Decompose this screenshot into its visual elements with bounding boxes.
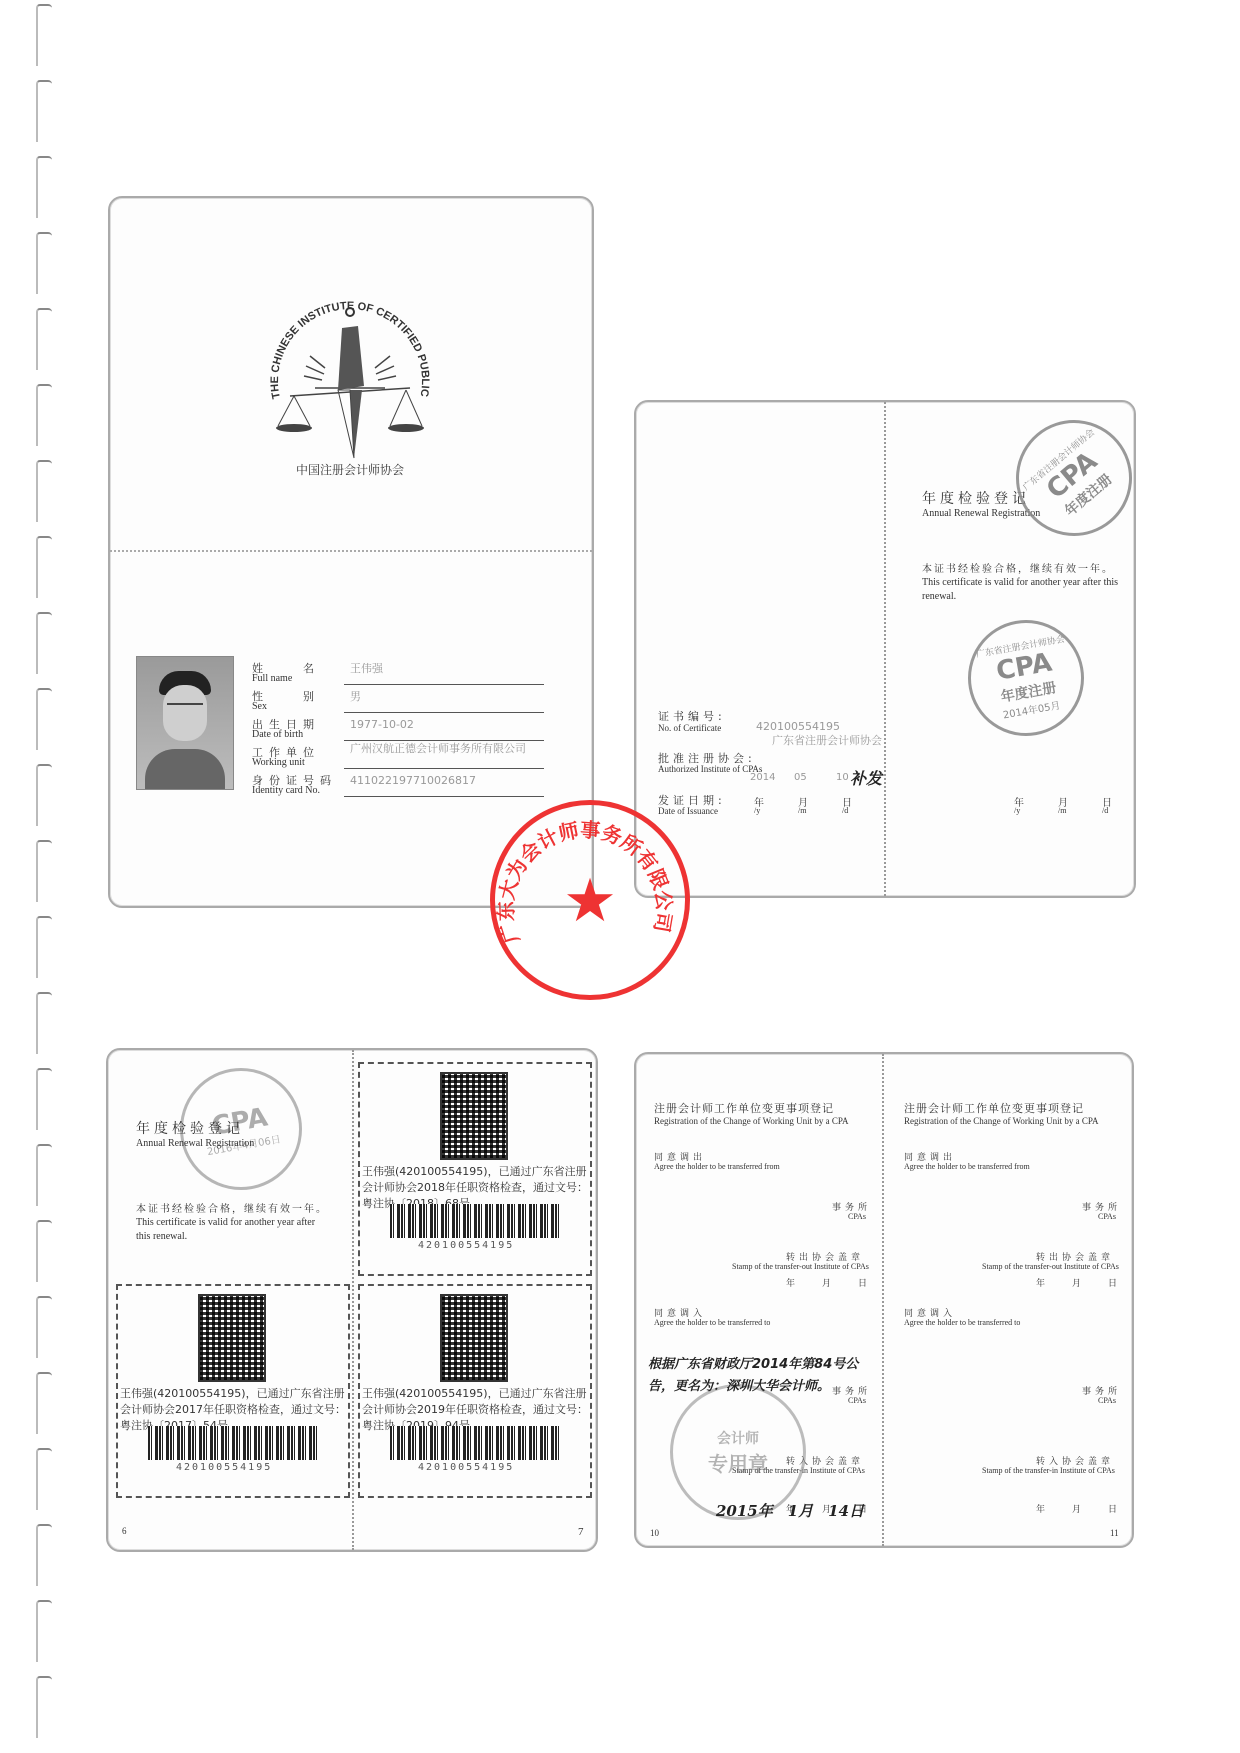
cpas-label-en: CPAs	[1098, 1212, 1116, 1221]
ymd-label-en: /y	[1014, 806, 1020, 815]
field-label-en: Date of birth	[252, 729, 303, 740]
to-label-en: Agree the holder to be transferred to	[904, 1318, 1020, 1327]
reissue-note: 补发	[850, 766, 882, 789]
institute-value: 广东省注册会计师协会	[772, 732, 882, 748]
ymd-label: 年	[786, 1276, 799, 1289]
field-value: 广州汉航正德会计师事务所有限公司	[350, 742, 546, 755]
star-icon: ★	[495, 871, 685, 931]
page-number-right: 7	[578, 1526, 584, 1538]
cert-no-label: 证书编号:	[658, 708, 726, 724]
out-stamp-label-en: Stamp of the transfer-out Institute of C…	[732, 1262, 869, 1271]
renewal-sticker-panel: CPA 2016年4月06日 年度检验登记 Annual Renewal Reg…	[106, 1048, 598, 1552]
handwritten-note: 根据广东省财政厅2014年第84号公告，更名为：深圳大华会计师。	[648, 1354, 872, 1398]
barcode	[390, 1204, 560, 1238]
ymd-label: 年	[1036, 1502, 1049, 1515]
ymd-label: 月	[822, 1276, 835, 1289]
page-fold	[882, 1054, 884, 1546]
binder-hole	[36, 840, 52, 902]
binder-hole	[36, 460, 52, 522]
holder-photo	[136, 656, 234, 790]
renewal-title: 年度检验登记	[922, 488, 1030, 508]
qr-code	[440, 1294, 508, 1382]
binder-hole	[36, 308, 52, 370]
page-number: 11	[1110, 1528, 1119, 1538]
cicpa-logo: THE CHINESE INSTITUTE OF CERTIFIED PUBLI…	[250, 278, 450, 478]
page-fold	[352, 1050, 354, 1550]
barcode	[390, 1426, 560, 1460]
field-underline	[344, 712, 544, 713]
qr-sticker: 王伟强(420100554195)，已通过广东省注册会计师协会2019年任职资格…	[358, 1284, 592, 1498]
field-value: 1977-10-02	[350, 718, 546, 731]
renewal-title: 年度检验登记	[136, 1118, 244, 1138]
field-value: 男	[350, 690, 546, 703]
qr-sticker: 王伟强(420100554195)，已通过广东省注册会计师协会2018年任职资格…	[358, 1062, 592, 1276]
binder-hole	[36, 992, 52, 1054]
ymd-label: 年	[1036, 1276, 1049, 1289]
binder-hole	[36, 1296, 52, 1358]
ymd-label: 日	[1108, 1276, 1121, 1289]
company-seal: 广东大为会计师事务所有限公司 ★	[490, 800, 690, 1000]
svg-text:中国注册会计师协会: 中国注册会计师协会	[296, 462, 404, 477]
ymd-label-en: /d	[1102, 806, 1108, 815]
to-label-en: Agree the holder to be transferred to	[654, 1318, 770, 1327]
binder-hole	[36, 688, 52, 750]
from-label-en: Agree the holder to be transferred from	[904, 1162, 1030, 1171]
renewal-title-en: Annual Renewal Registration	[136, 1138, 254, 1149]
binder-hole	[36, 1676, 52, 1738]
binder-hole	[36, 156, 52, 218]
page-fold	[884, 402, 886, 896]
institute-label-en: Authorized Institute of CPAs	[658, 764, 762, 774]
renewal-stamp-bottom: 广东省注册会计师协会 CPA 年度注册 2014年05月	[959, 611, 1093, 745]
page-number: 10	[650, 1528, 659, 1538]
ymd-label-en: /y	[754, 806, 760, 815]
cpas-label-en: CPAs	[848, 1212, 866, 1221]
qr-sticker: 王伟强(420100554195)，已通过广东省注册会计师协会2017年任职资格…	[116, 1284, 350, 1498]
binder-hole	[36, 916, 52, 978]
ymd-label: 月	[1072, 1276, 1085, 1289]
binder-hole	[36, 1144, 52, 1206]
qr-code	[198, 1294, 266, 1382]
from-label-en: Agree the holder to be transferred from	[654, 1162, 780, 1171]
transfer-title-en: Registration of the Change of Working Un…	[904, 1116, 1099, 1126]
ymd-label-en: /d	[842, 806, 848, 815]
binder-hole	[36, 80, 52, 142]
cpas-label-en: CPAs	[1098, 1396, 1116, 1405]
transfer-title: 注册会计师工作单位变更事项登记	[654, 1100, 834, 1116]
ymd-label: 日	[1108, 1502, 1121, 1515]
certificate-panel: 420100554195 证书编号: No. of Certificate 广东…	[634, 400, 1136, 898]
field-value: 411022197710026817	[350, 774, 546, 787]
barcode-number: 420100554195	[176, 1462, 272, 1473]
field-underline	[344, 684, 544, 685]
binder-hole	[36, 536, 52, 598]
field-label-en: Working unit	[252, 757, 305, 768]
barcode-number: 420100554195	[418, 1240, 514, 1251]
binder-hole	[36, 384, 52, 446]
transfer-in-date: 2015年 1月 14日	[716, 1500, 864, 1521]
renewal-stamp-top: 广东省注册会计师协会 CPA 年度注册	[992, 396, 1155, 559]
transfer-panel: 注册会计师工作单位变更事项登记Registration of the Chang…	[634, 1052, 1134, 1548]
field-underline	[344, 796, 544, 797]
renewal-title-en: Annual Renewal Registration	[922, 508, 1040, 519]
field-value: 王伟强	[350, 662, 546, 675]
ymd-label-en: /m	[798, 806, 806, 815]
ymd-label-en: /m	[1058, 806, 1066, 815]
issue-day: 10	[836, 772, 849, 783]
barcode-number: 420100554195	[418, 1462, 514, 1473]
field-underline	[344, 740, 544, 741]
renewal-body-en: This certificate is valid for another ye…	[922, 576, 1122, 604]
out-stamp-label-en: Stamp of the transfer-out Institute of C…	[982, 1262, 1119, 1271]
binder-hole	[36, 1448, 52, 1510]
field-label-en: Full name	[252, 673, 292, 684]
barcode	[148, 1426, 318, 1460]
cert-no-label-en: No. of Certificate	[658, 723, 721, 733]
binder-hole	[36, 1372, 52, 1434]
binder-hole	[36, 1220, 52, 1282]
renewal-body: 本证书经检验合格，继续有效一年。	[136, 1200, 328, 1215]
renewal-body-en: This certificate is valid for another ye…	[136, 1216, 322, 1244]
field-underline	[344, 768, 544, 769]
page-fold	[110, 550, 592, 552]
binder-hole	[36, 1068, 52, 1130]
field-label-en: Sex	[252, 701, 267, 712]
renewal-body: 本证书经检验合格，继续有效一年。	[922, 560, 1114, 575]
transfer-title: 注册会计师工作单位变更事项登记	[904, 1100, 1084, 1116]
issue-year: 2014	[750, 772, 775, 783]
ymd-label: 日	[858, 1276, 871, 1289]
binder-hole	[36, 4, 52, 66]
binder-hole	[36, 1600, 52, 1662]
page-number-left: 6	[122, 1526, 127, 1536]
issue-month: 05	[794, 772, 807, 783]
in-stamp-label-en: Stamp of the transfer-in Institute of CP…	[982, 1466, 1115, 1475]
binder-hole	[36, 764, 52, 826]
ymd-label: 月	[1072, 1502, 1085, 1515]
qr-code	[440, 1072, 508, 1160]
field-label-en: Identity card No.	[252, 785, 320, 796]
binder-hole	[36, 232, 52, 294]
transfer-title-en: Registration of the Change of Working Un…	[654, 1116, 849, 1126]
binder-hole	[36, 1524, 52, 1586]
binder-hole	[36, 612, 52, 674]
